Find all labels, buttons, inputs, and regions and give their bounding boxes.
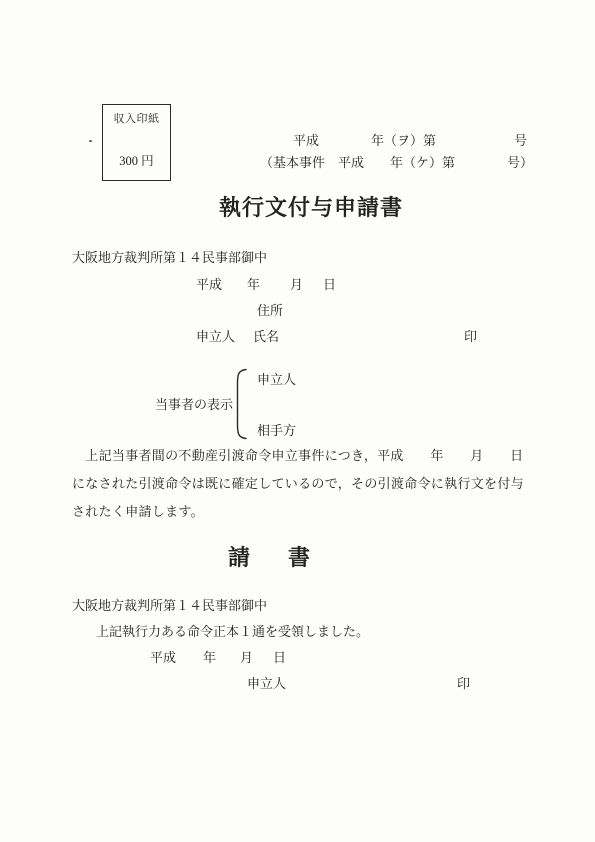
receipt-title: 請 書 [228,547,318,569]
party-applicant-label: 申立人 [257,373,296,386]
party-respondent-label: 相手方 [257,424,296,437]
case-number-line-1: 平成 年（ヲ）第 号 [293,134,527,147]
revenue-stamp-amount: 300 円 [119,155,153,168]
document-title: 執行文付与申請書 [219,197,403,219]
case-number-line-2: （基本事件 平成 年（ケ）第 号） [260,156,533,169]
date-era-label: 平成 [150,651,176,664]
brace-bracket [232,368,248,440]
body-line: になされた引渡命令は既に確定しているので，その引渡命令に執行文を付与 [72,477,524,490]
date-day-label: 日 [323,278,336,291]
receipt-body-text: 上記執行力ある命令正本１通を受領しました。 [96,625,369,638]
address-label: 住所 [257,304,283,317]
date-month-label: 月 [290,278,303,291]
parties-label: 当事者の表示 [155,398,233,411]
application-date-line: 平成 年 月 日 [0,278,595,292]
name-label: 氏名 [253,330,279,343]
receipt-date-line: 平成 年 月 日 [0,651,595,665]
date-year-label: 年 [203,651,216,664]
seal-mark: 印 [457,677,470,690]
date-day-label: 日 [273,651,286,664]
body-line: 上記当事者間の不動産引渡命令申立事件につき，平成 年 月 日 [72,449,523,462]
date-year-label: 年 [247,278,260,291]
revenue-stamp-box: 収入印紙 300 円 [102,104,171,181]
receipt-court-recipient: 大阪地方裁判所第１４民事部御中 [72,599,267,612]
scan-speck [89,140,92,142]
receipt-applicant-label: 申立人 [247,677,286,690]
applicant-label: 申立人 [196,330,235,343]
date-era-label: 平成 [196,278,222,291]
revenue-stamp-label: 収入印紙 [114,114,160,125]
seal-mark: 印 [464,330,477,343]
document-page: 収入印紙 300 円 平成 年（ヲ）第 号 （基本事件 平成 年（ケ）第 号） … [0,0,595,842]
body-line: されたく申請します。 [72,505,204,518]
court-recipient: 大阪地方裁判所第１４民事部御中 [72,251,267,264]
date-month-label: 月 [240,651,253,664]
